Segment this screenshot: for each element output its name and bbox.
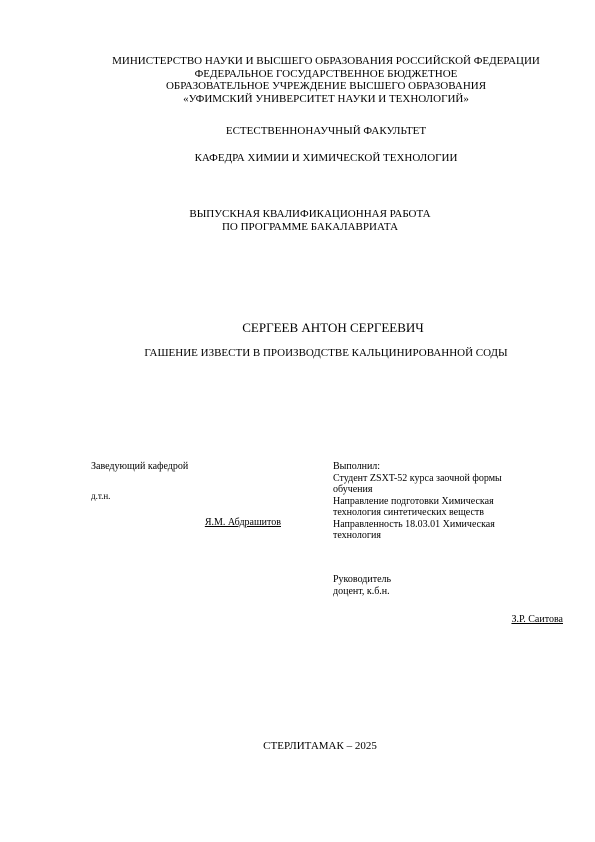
supervisor-name: З.Р. Саитова [511,614,563,626]
header-line-federal: ФЕДЕРАЛЬНОЕ ГОСУДАРСТВЕННОЕ БЮДЖЕТНОЕ [0,68,595,81]
performed-by-study-form: обучения [333,484,563,496]
performed-by-block: Выполнил: Студент ZSXT-52 курса заочной … [333,461,563,542]
head-of-department-name: Я.М. Абдрашитов [205,517,281,529]
header-line-university: «УФИМСКИЙ УНИВЕРСИТЕТ НАУКИ И ТЕХНОЛОГИЙ… [0,93,595,106]
ministry-header: МИНИСТЕРСТВО НАУКИ И ВЫСШЕГО ОБРАЗОВАНИЯ… [0,55,595,105]
performed-by-profile-cont: технология [333,530,563,542]
performed-by-label: Выполнил: [333,461,563,473]
head-of-department-degree: д.т.н. [91,491,110,503]
supervisor-position: доцент, к.б.н. [333,586,563,598]
author-name: СЕРГЕЕВ АНТОН СЕРГЕЕВИЧ [0,320,595,335]
performed-by-direction: Направление подготовки Химическая [333,496,563,508]
work-type: ВЫПУСКНАЯ КВАЛИФИКАЦИОННАЯ РАБОТА ПО ПРО… [0,208,595,233]
performed-by-student: Студент ZSXT-52 курса заочной формы [333,473,563,485]
document-page: МИНИСТЕРСТВО НАУКИ И ВЫСШЕГО ОБРАЗОВАНИЯ… [0,0,595,842]
faculty-name: ЕСТЕСТВЕННОНАУЧНЫЙ ФАКУЛЬТЕТ [0,125,595,138]
city-year: СТЕРЛИТАМАК – 2025 [0,740,595,753]
supervisor-label: Руководитель [333,574,563,586]
head-of-department-label: Заведующий кафедрой [91,461,188,473]
supervisor-block: Руководитель доцент, к.б.н. [333,574,563,597]
header-line-institution: ОБРАЗОВАТЕЛЬНОЕ УЧРЕЖДЕНИЕ ВЫСШЕГО ОБРАЗ… [0,80,595,93]
work-type-line-2: ПО ПРОГРАММЕ БАКАЛАВРИАТА [0,221,595,234]
performed-by-direction-cont: технология синтетических веществ [333,507,563,519]
header-line-ministry: МИНИСТЕРСТВО НАУКИ И ВЫСШЕГО ОБРАЗОВАНИЯ… [0,55,595,68]
thesis-title: ГАШЕНИЕ ИЗВЕСТИ В ПРОИЗВОДСТВЕ КАЛЬЦИНИР… [0,347,595,360]
department-name: КАФЕДРА ХИМИИ И ХИМИЧЕСКОЙ ТЕХНОЛОГИИ [0,152,595,165]
work-type-line-1: ВЫПУСКНАЯ КВАЛИФИКАЦИОННАЯ РАБОТА [0,208,595,221]
performed-by-profile: Направленность 18.03.01 Химическая [333,519,563,531]
